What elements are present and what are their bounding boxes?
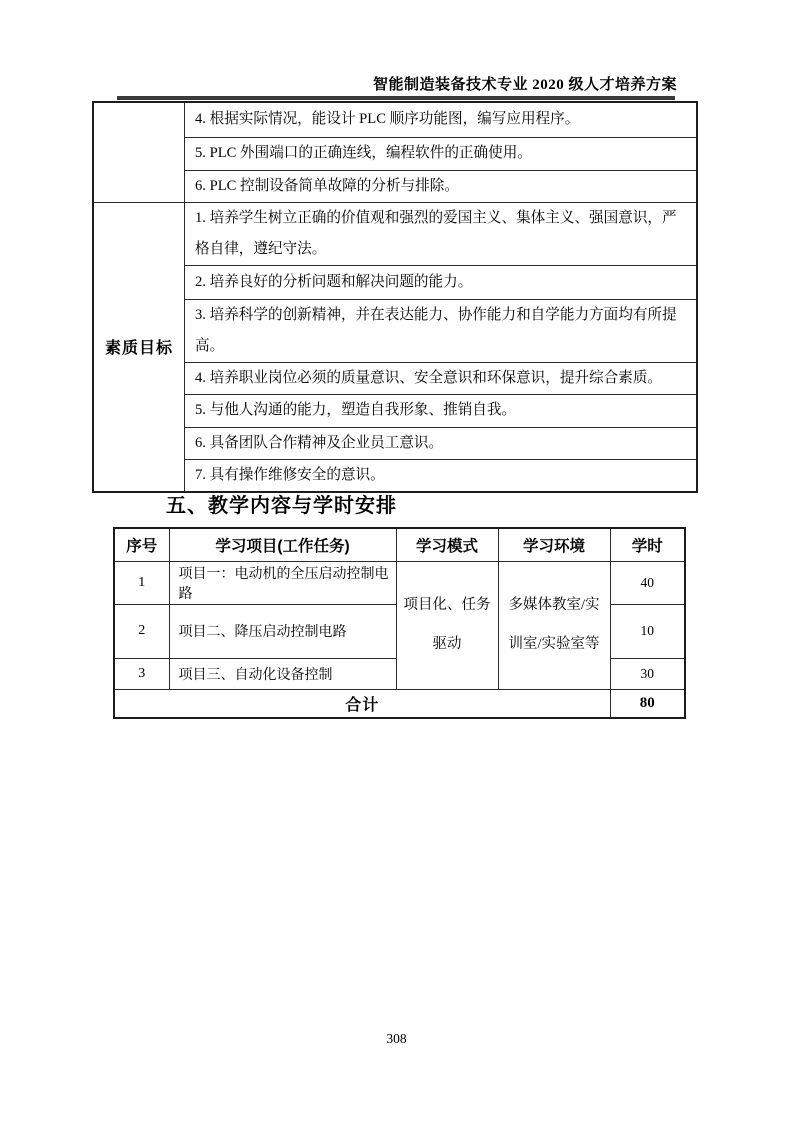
objective-item: 7. 具有操作维修安全的意识。	[185, 459, 698, 492]
objectives-section-label-empty	[93, 102, 185, 202]
learning-mode-cell: 项目化、任务驱动	[396, 561, 498, 689]
row-no: 3	[114, 658, 169, 689]
objectives-table: 4. 根据实际情况，能设计 PLC 顺序功能图，编写应用程序。 5. PLC 外…	[92, 101, 698, 493]
col-header-hours: 学时	[610, 528, 685, 561]
section-heading: 五、教学内容与学时安排	[166, 489, 397, 518]
table-row: 5. 与他人沟通的能力，塑造自我形象、推销自我。	[93, 394, 697, 427]
learning-environment-text: 多媒体教室/实训室/实验室等	[508, 586, 600, 664]
schedule-table: 序号 学习项目(工作任务) 学习模式 学习环境 学时 1 项目一：电动机的全压启…	[113, 527, 686, 719]
objective-item: 4. 根据实际情况，能设计 PLC 顺序功能图，编写应用程序。	[185, 102, 698, 137]
row-project: 项目一：电动机的全压启动控制电路	[169, 561, 396, 604]
page-header: 智能制造装备技术专业 2020 级人才培养方案	[117, 73, 677, 94]
objective-item: 6. PLC 控制设备简单故障的分析与排除。	[185, 170, 698, 202]
row-hours: 10	[610, 604, 685, 658]
header-title: 智能制造装备技术专业 2020 级人才培养方案	[373, 77, 677, 93]
table-row: 素质目标 1. 培养学生树立正确的价值观和强烈的爱国主义、集体主义、强国意识，严…	[93, 202, 697, 265]
objectives-section-label-quality: 素质目标	[93, 202, 185, 492]
table-row: 7. 具有操作维修安全的意识。	[93, 459, 697, 492]
objective-item: 5. 与他人沟通的能力，塑造自我形象、推销自我。	[185, 394, 698, 427]
row-hours: 30	[610, 658, 685, 689]
header-rule	[117, 96, 675, 100]
total-hours: 80	[610, 689, 685, 718]
col-header-no: 序号	[114, 528, 169, 561]
table-row: 2. 培养良好的分析问题和解决问题的能力。	[93, 265, 697, 299]
table-row: 4. 培养职业岗位必须的质量意识、安全意识和环保意识，提升综合素质。	[93, 362, 697, 394]
learning-environment-cell: 多媒体教室/实训室/实验室等	[498, 561, 610, 689]
table-row: 3. 培养科学的创新精神，并在表达能力、协作能力和自学能力方面均有所提高。	[93, 299, 697, 362]
table-row: 6. 具备团队合作精神及企业员工意识。	[93, 427, 697, 459]
objective-item: 1. 培养学生树立正确的价值观和强烈的爱国主义、集体主义、强国意识，严格自律，遵…	[185, 202, 698, 265]
objective-item: 2. 培养良好的分析问题和解决问题的能力。	[185, 265, 698, 299]
table-row: 5. PLC 外围端口的正确连线，编程软件的正确使用。	[93, 137, 697, 170]
row-project: 项目三、自动化设备控制	[169, 658, 396, 689]
row-project: 项目二、降压启动控制电路	[169, 604, 396, 658]
schedule-header-row: 序号 学习项目(工作任务) 学习模式 学习环境 学时	[114, 528, 685, 561]
row-no: 1	[114, 561, 169, 604]
table-row: 1 项目一：电动机的全压启动控制电路 项目化、任务驱动 多媒体教室/实训室/实验…	[114, 561, 685, 604]
row-no: 2	[114, 604, 169, 658]
table-row: 4. 根据实际情况，能设计 PLC 顺序功能图，编写应用程序。	[93, 102, 697, 137]
col-header-mode: 学习模式	[396, 528, 498, 561]
table-row: 6. PLC 控制设备简单故障的分析与排除。	[93, 170, 697, 202]
total-row: 合计 80	[114, 689, 685, 718]
objective-item: 4. 培养职业岗位必须的质量意识、安全意识和环保意识，提升综合素质。	[185, 362, 698, 394]
learning-mode-text: 项目化、任务驱动	[401, 586, 493, 664]
objective-item: 6. 具备团队合作精神及企业员工意识。	[185, 427, 698, 459]
objective-item: 3. 培养科学的创新精神，并在表达能力、协作能力和自学能力方面均有所提高。	[185, 299, 698, 362]
objective-item: 5. PLC 外围端口的正确连线，编程软件的正确使用。	[185, 137, 698, 170]
col-header-environment: 学习环境	[498, 528, 610, 561]
row-hours: 40	[610, 561, 685, 604]
page-number: 308	[0, 1031, 793, 1047]
document-page: 智能制造装备技术专业 2020 级人才培养方案 4. 根据实际情况，能设计 PL…	[0, 0, 793, 1122]
total-label: 合计	[114, 689, 610, 718]
col-header-project: 学习项目(工作任务)	[169, 528, 396, 561]
